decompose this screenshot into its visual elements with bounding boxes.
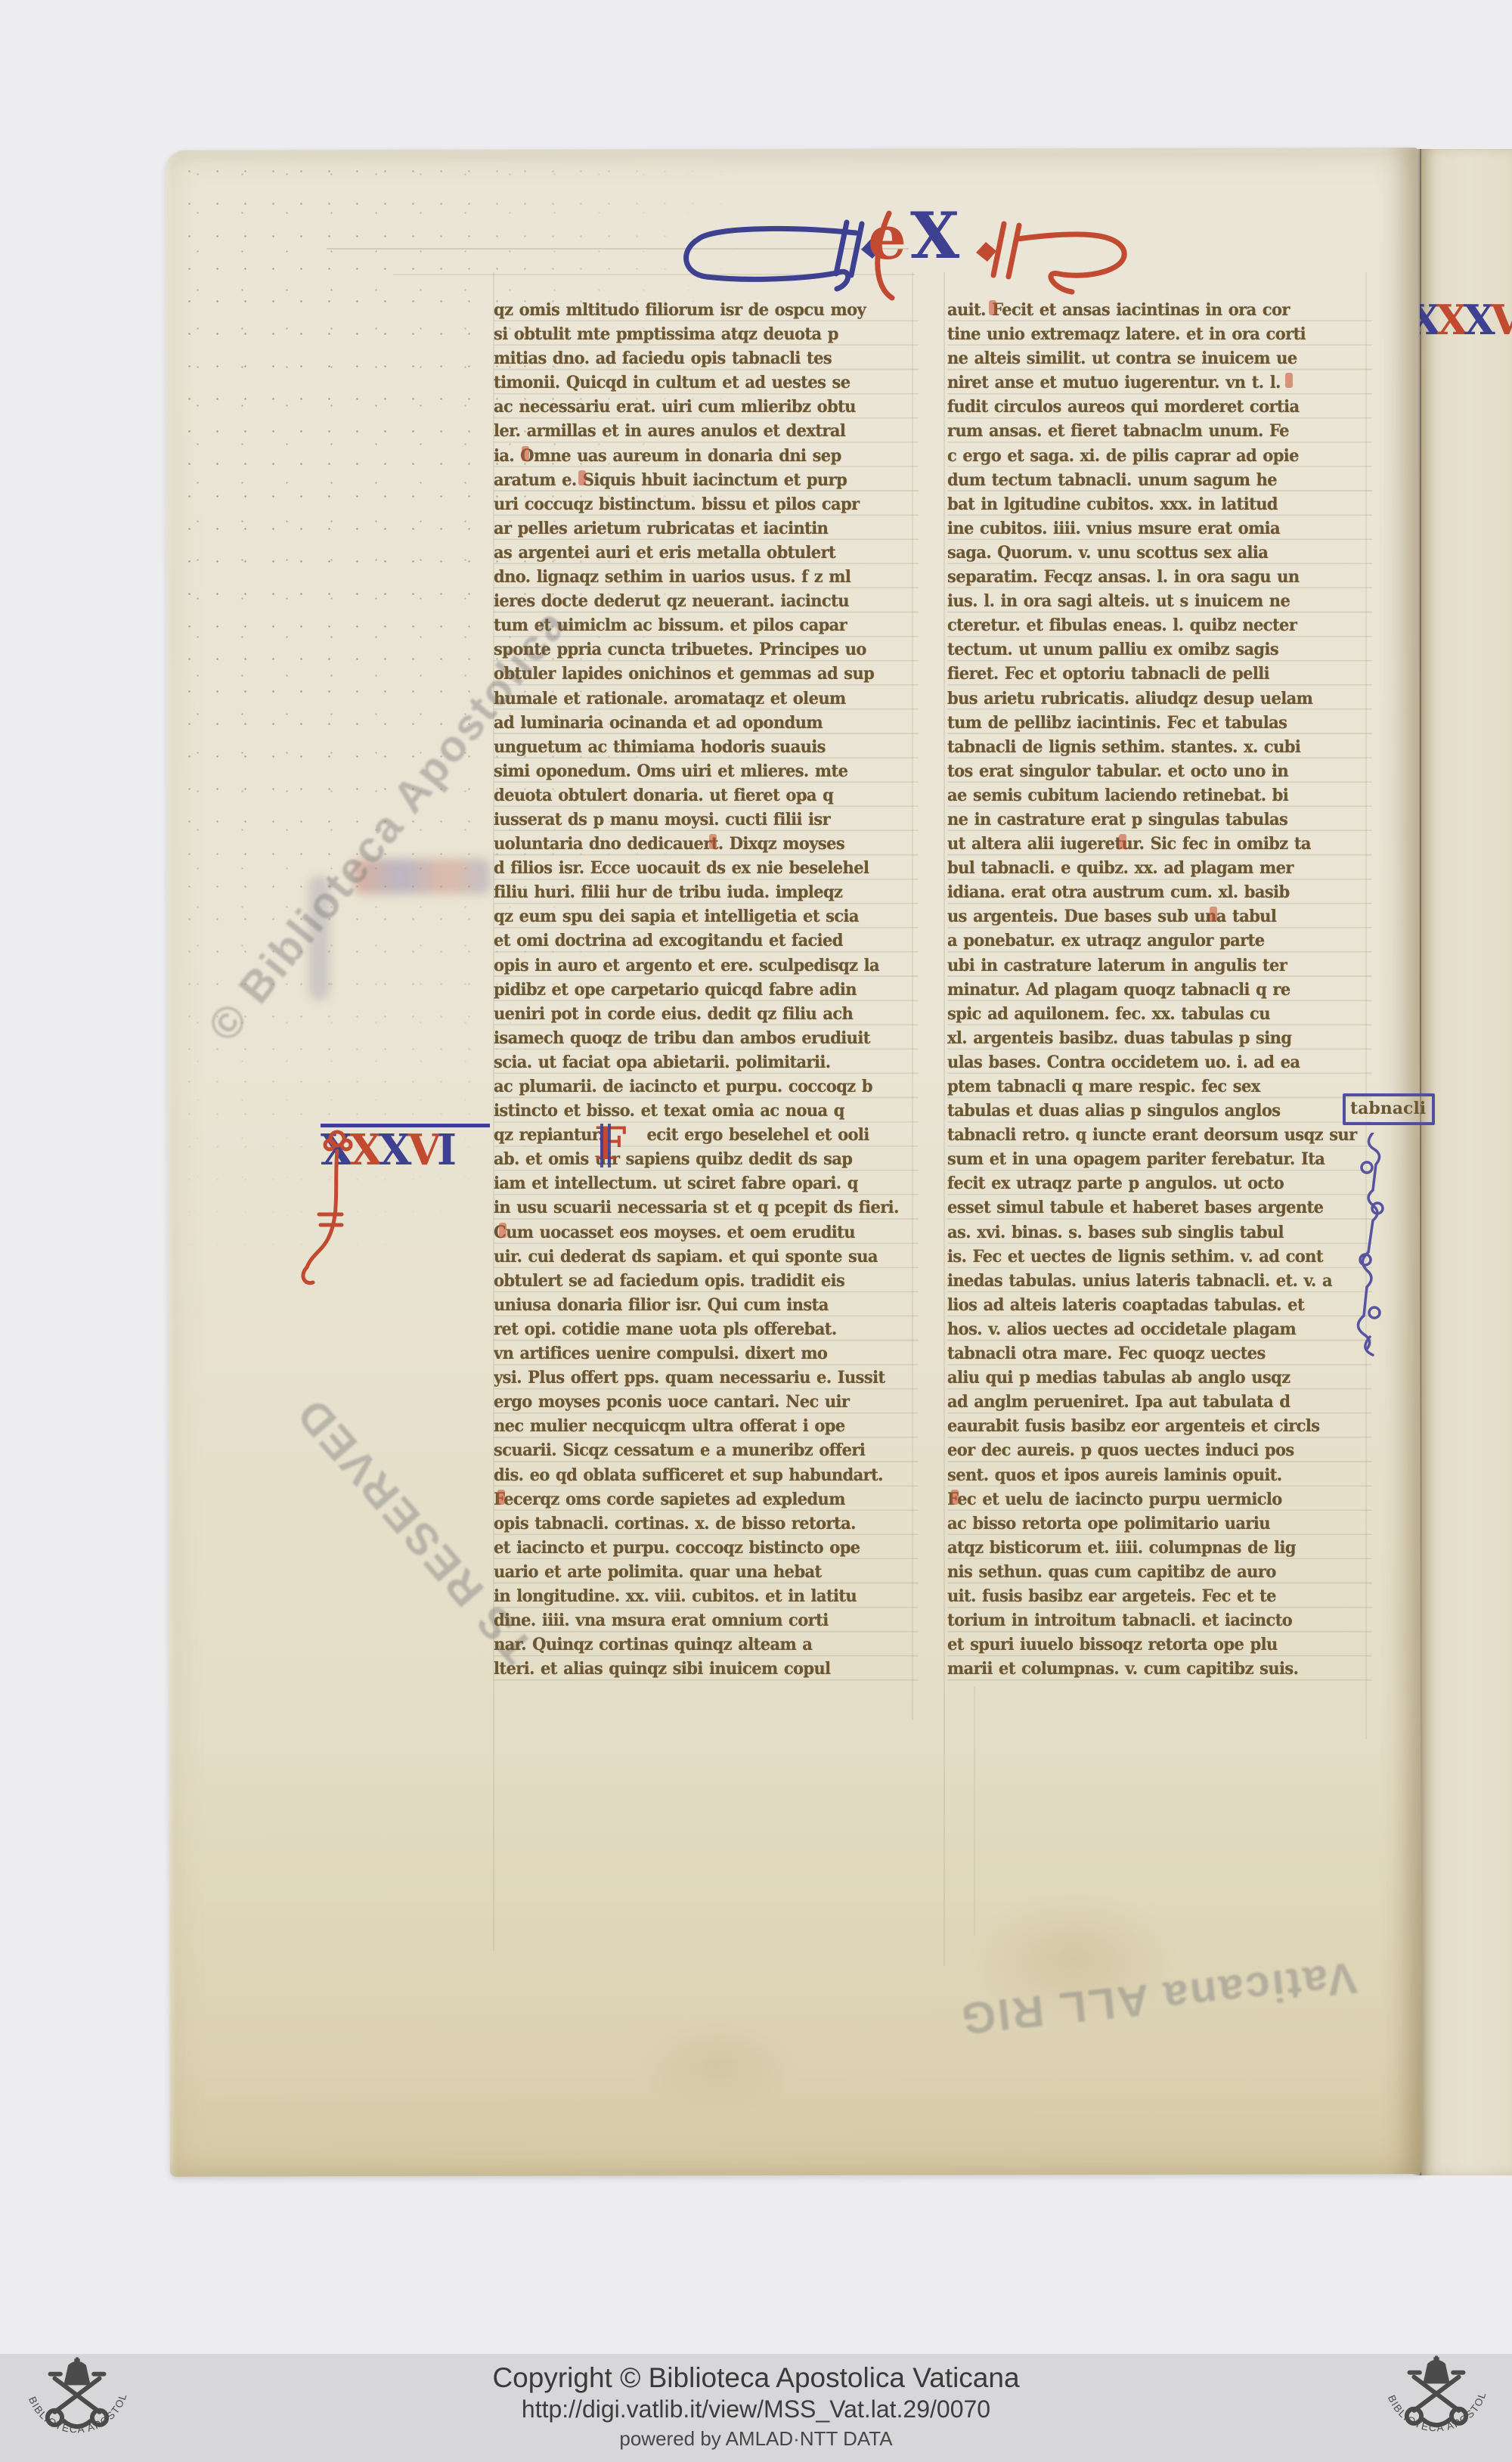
numeral-letter: I <box>437 1125 453 1175</box>
manuscript-text-line: dno. lignaqz sethim in uarios usus. f z … <box>494 564 919 590</box>
manuscript-text-line: fecit ex utraqz parte p angulos. ut octo <box>947 1171 1372 1196</box>
manuscript-text-line: scia. ut faciat opa abietarii. polimitar… <box>494 1050 919 1075</box>
manuscript-text-line: lios ad alteis lateris coaptadas tabulas… <box>947 1292 1372 1318</box>
manuscript-text-line: eor dec aureis. p quos uectes induci pos <box>947 1437 1372 1463</box>
manuscript-text-line: humale et rationale. aromataqz et oleum <box>494 686 919 712</box>
rubric-mark <box>497 1490 505 1505</box>
manuscript-text-line: obtuler lapides onichinos et gemmas ad s… <box>494 661 919 687</box>
manuscript-text-line: tum et uimiclm ac bissum. et pilos capar <box>494 612 919 638</box>
manuscript-column-1: qz omis mltitudo filiorum isr de ospcu m… <box>494 297 919 1687</box>
initial-stripe <box>608 1124 611 1167</box>
manuscript-text-line: filiu huri. filii hur de tribu iuda. imp… <box>494 879 919 905</box>
rubric-mark <box>1210 907 1217 922</box>
numeral-letter: V <box>407 1125 436 1175</box>
manuscript-text-line: in usu scuarii necessaria st et q pcepit… <box>494 1195 919 1220</box>
rubric-mark <box>709 834 717 849</box>
rubric-mark <box>1285 373 1293 388</box>
manuscript-text-line: ubi in castrature laterum in angulis ter <box>947 953 1372 978</box>
manuscript-text-line: tectum. ut unum palliu ex omibz sagis <box>947 637 1372 662</box>
fragment-letter: X <box>1420 298 1436 343</box>
manuscript-text-line: bul tabnacli. e quibz. xx. ad plagam mer <box>947 855 1372 881</box>
manuscript-text-line: uir. cui dederat ds sapiam. et qui spont… <box>494 1244 919 1270</box>
ruling-line <box>943 272 945 1966</box>
manuscript-text-line: aliu qui p medias tabulas ab anglo usqz <box>947 1365 1372 1391</box>
papal-tiara-icon <box>64 2357 90 2385</box>
manuscript-text-line: timonii. Quicqd in cultum et ad uestes s… <box>494 370 919 395</box>
manuscript-text-line: ne in castrature erat p singulas tabulas <box>947 807 1372 833</box>
manuscript-text-line: tabnacli de lignis sethim. stantes. x. c… <box>947 734 1372 760</box>
digitized-manuscript-viewer: XXXV © Biblioteca Apostolica TS RESERVED… <box>0 0 1512 2462</box>
manuscript-text-line: et omi doctrina ad excogitandu et facied <box>494 928 919 953</box>
manuscript-text-line: ae semis cubitum laciendo retinebat. bi <box>947 783 1372 808</box>
manuscript-text-line: nec mulier necquicqm ultra offerat i ope <box>494 1413 919 1439</box>
manuscript-text-line: qz repiantur. ecit ergo beselehel et ool… <box>494 1122 919 1148</box>
manuscript-text-line: ac necessariu erat. uiri cum mlieribz ob… <box>494 394 919 420</box>
manuscript-text-line: qz omis mltitudo filiorum isr de ospcu m… <box>494 297 919 323</box>
rubric-mark <box>578 470 586 485</box>
manuscript-text-line: ergo moyses pconis uoce cantari. Nec uir <box>494 1389 919 1415</box>
manuscript-text-line: tabulas et duas alias p singulos anglos <box>947 1098 1372 1124</box>
manuscript-text-line: minatur. Ad plagam quoqz tabnacli q re <box>947 977 1372 1003</box>
manuscript-text-line: ab. et omis uir sapiens quibz dedit ds s… <box>494 1146 919 1172</box>
manuscript-text-line: dum tectum tabnacli. unum sagum he <box>947 467 1372 493</box>
footer-powered-by: powered by AMLAD·NTT DATA <box>0 2427 1512 2451</box>
manuscript-text-line: dis. eo qd oblata sufficeret et sup habu… <box>494 1462 919 1488</box>
manuscript-text-line: ius. l. in ora sagi alteis. ut s inuicem… <box>947 588 1372 614</box>
manuscript-text-line: nis sethun. quas cum capitibz de auro <box>947 1559 1372 1585</box>
rubric-mark <box>989 300 996 315</box>
manuscript-text-line: rum ansas. et fieret tabnaclm unum. Fe <box>947 418 1372 444</box>
vatican-library-logo-left: BIBLIOTECA APOSTOLICA VATICANA <box>20 2356 135 2459</box>
manuscript-text-line: in longitudine. xx. viii. cubitos. et in… <box>494 1583 919 1609</box>
manuscript-text-line: qz eum spu dei sapia et intelligetia et … <box>494 904 919 929</box>
manuscript-text-line: sum et in una opagem pariter ferebatur. … <box>947 1146 1372 1172</box>
manuscript-text-line: obtulert se ad faciedum opis. tradidit e… <box>494 1268 919 1294</box>
manuscript-text-line: is. Fec et uectes de lignis sethim. v. a… <box>947 1244 1372 1270</box>
manuscript-text-line: opis tabnacli. cortinas. x. de bisso ret… <box>494 1511 919 1536</box>
chapter-initial: F <box>594 1121 629 1171</box>
manuscript-text-line: tabnacli retro. q iuncte erant deorsum u… <box>947 1122 1372 1148</box>
manuscript-text-line: atqz bisticorum et. iiii. columpnas de l… <box>947 1535 1372 1561</box>
manuscript-text-line: ad anglm perueniret. Ipa aut tabulata d <box>947 1389 1372 1415</box>
manuscript-text-line: iusserat ds p manu moysi. cucti filii is… <box>494 807 919 833</box>
chapter-numeral-flourish <box>293 1125 392 1299</box>
manuscript-text-line: ia. Omne uas aureum in donaria dni sep <box>494 443 919 469</box>
manuscript-text-line: ad luminaria ocinanda et ad opondum <box>494 710 919 736</box>
manuscript-text-line: et spuri iuuelo bissoqz retorta ope plu <box>947 1632 1372 1657</box>
manuscript-text-line: uario et arte polimita. quar una hebat <box>494 1559 919 1585</box>
manuscript-text-line: uniusa donaria filior isr. Qui cum insta <box>494 1292 919 1318</box>
manuscript-text-line: c ergo et saga. xi. de pilis caprar ad o… <box>947 443 1372 469</box>
manuscript-text-line: lteri. et alias quinqz sibi inuicem copu… <box>494 1656 919 1682</box>
manuscript-text-line: vn artifices uenire compulsi. dixert mo <box>494 1341 919 1366</box>
manuscript-text-line: bat in lgitudine cubitos. xxx. in latitu… <box>947 491 1372 517</box>
manuscript-text-line: si obtulit mte pmptissima atqz deuota p <box>494 321 919 347</box>
manuscript-text-line: sent. quos et ipos aureis laminis opuit. <box>947 1462 1372 1488</box>
rubric-mark <box>1119 834 1126 849</box>
manuscript-text-line: istincto et bisso. et texat omia ac noua… <box>494 1098 919 1124</box>
manuscript-text-line: unguetum ac thimiama hodoris suauis <box>494 734 919 760</box>
manuscript-text-line: ptem tabnacli q mare respic. fec sex <box>947 1074 1372 1099</box>
manuscript-text-line: fudit circulos aureos qui morderet corti… <box>947 394 1372 420</box>
manuscript-text-line: pidibz et ope carpetario quicqd fabre ad… <box>494 977 919 1003</box>
manuscript-text-line: cteretur. et fibulas eneas. l. quibz nec… <box>947 612 1372 638</box>
fragment-letter: X <box>1436 298 1464 343</box>
next-folio-edge <box>1420 149 1512 2175</box>
initial-stripe <box>600 1124 603 1167</box>
manuscript-text-line: ut altera alii iugeretur. Sic fec in omi… <box>947 831 1372 857</box>
margin-note-flourish <box>1347 1133 1400 1357</box>
margin-note: tabnacli <box>1343 1093 1435 1125</box>
manuscript-text-line: ler. armillas et in aures anulos et dext… <box>494 418 919 444</box>
manuscript-text-line: aratum e. Siquis hbuit iacinctum et purp <box>494 467 919 493</box>
stain <box>635 2011 801 2117</box>
manuscript-text-line: nar. Quinqz cortinas quinqz alteam a <box>494 1632 919 1657</box>
manuscript-text-line: xl. argenteis basibz. duas tabulas p sin… <box>947 1025 1372 1051</box>
manuscript-text-line: bus arietu rubricatis. aliudqz desup uel… <box>947 686 1372 712</box>
manuscript-text-line: esset simul tabule et haberet bases arge… <box>947 1195 1372 1220</box>
manuscript-text-line: niret anse et mutuo iugerentur. vn t. l. <box>947 370 1372 395</box>
manuscript-text-line: ret opi. cotidie mane uota pls offerebat… <box>494 1316 919 1342</box>
rubric-mark <box>951 1490 959 1505</box>
manuscript-text-line: inedas tabulas. unius lateris tabnacli. … <box>947 1268 1372 1294</box>
manuscript-text-line: ine cubitos. iiii. vnius msure erat omia <box>947 516 1372 541</box>
manuscript-text-line: auit. Fecit et ansas iacintinas in ora c… <box>947 297 1372 323</box>
manuscript-text-line: Fecerqz oms corde sapietes ad expledum <box>494 1487 919 1512</box>
manuscript-text-line: uit. fusis basibz ear argeteis. Fec et t… <box>947 1583 1372 1609</box>
fragment-letter: V <box>1491 298 1512 343</box>
manuscript-text-line: tum de pellibz iacintinis. Fec et tabula… <box>947 710 1372 736</box>
manuscript-text-line: ac bisso retorta ope polimitario uariu <box>947 1511 1372 1536</box>
manuscript-text-line: ne alteis similit. ut contra se inuicem … <box>947 346 1372 371</box>
manuscript-text-line: tabnacli otra mare. Fec quoqz uectes <box>947 1341 1372 1366</box>
running-title-letter: e <box>868 207 906 268</box>
manuscript-text-line: as. xvi. binas. s. bases sub singlis tab… <box>947 1220 1372 1245</box>
manuscript-text-line: ac plumarii. de iacincto et purpu. cocco… <box>494 1074 919 1099</box>
manuscript-text-line: tos erat singulor tabular. et octo uno i… <box>947 758 1372 784</box>
manuscript-text-line: as argentei auri et eris metalla obtuler… <box>494 540 919 566</box>
manuscript-text-line: uoluntaria dno dedicauert. Dixqz moyses <box>494 831 919 857</box>
manuscript-text-line: spic ad aquilonem. fec. xx. tabulas cu <box>947 1001 1372 1027</box>
manuscript-text-line: marii et columpnas. v. cum capitibz suis… <box>947 1656 1372 1682</box>
manuscript-text-line: et iacincto et purpu. coccoqz bistincto … <box>494 1535 919 1561</box>
footer-url: http://digi.vatlib.it/view/MSS_Vat.lat.2… <box>0 2395 1512 2423</box>
manuscript-text-line: torium in introitum tabnacli. et iacinct… <box>947 1608 1372 1633</box>
manuscript-text-line: d filios isr. Ecce uocauit ds ex nie bes… <box>494 855 919 881</box>
manuscript-text-line: eaurabit fusis basibz eor argenteis et c… <box>947 1413 1372 1439</box>
manuscript-text-line: mitias dno. ad faciedu opis tabnacli tes <box>494 346 919 371</box>
manuscript-text-line: ieres docte dederut qz neuerant. iacinct… <box>494 588 919 614</box>
manuscript-text-line: separatim. Fecqz ansas. l. in ora sagu u… <box>947 564 1372 590</box>
manuscript-text-line: ulas bases. Contra occidetem uo. i. ad e… <box>947 1050 1372 1075</box>
vatican-library-logo-right: BIBLIOTECA APOSTOLICA VATICANA <box>1379 2355 1494 2457</box>
manuscript-text-line: ar pelles arietum rubricatas et iacintin <box>494 516 919 541</box>
manuscript-text-line: hos. v. alios uectes ad occidetale plaga… <box>947 1316 1372 1342</box>
manuscript-text-line: saga. Quorum. v. unu scottus sex alia <box>947 540 1372 566</box>
manuscript-text-line: tine unio extremaqz latere. et in ora co… <box>947 321 1372 347</box>
ruling-line <box>974 1686 975 1936</box>
manuscript-text-line: deuota obtulert donaria. ut fieret opa q <box>494 783 919 808</box>
manuscript-text-line: uri coccuqz bistinctum. bissu et pilos c… <box>494 491 919 517</box>
manuscript-text-line: simi oponedum. Oms uiri et mlieres. mte <box>494 758 919 784</box>
manuscript-text-line: Cum uocasset eos moyses. et oem eruditu <box>494 1220 919 1245</box>
manuscript-text-line: isamech quoqz de tribu dan ambos erudiui… <box>494 1025 919 1051</box>
manuscript-text-line: ysi. Plus offert pps. quam necessariu e.… <box>494 1365 919 1391</box>
manuscript-text-line: idiana. erat otra austrum cum. xl. basib <box>947 879 1372 905</box>
manuscript-text-line: iam et intellectum. ut sciret fabre opar… <box>494 1171 919 1196</box>
manuscript-text-line: Fec et uelu de iacincto purpu uermiclo <box>947 1487 1372 1512</box>
next-folio-chapter-numeral-fragment: XXXV <box>1420 298 1512 343</box>
manuscript-text-line: opis in auro et argento et ere. sculpedi… <box>494 953 919 978</box>
running-title-letter: X <box>910 204 959 268</box>
manuscript-text-line: a ponebatur. ex utraqz angulor parte <box>947 928 1372 953</box>
margin-note-text: tabnacli <box>1350 1099 1426 1118</box>
manuscript-text-line: fieret. Fec et optoriu tabnacli de pelli <box>947 661 1372 687</box>
papal-tiara-icon <box>1423 2355 1449 2383</box>
manuscript-column-2: auit. Fecit et ansas iacintinas in ora c… <box>947 297 1372 1687</box>
rubric-mark <box>522 446 529 461</box>
rubric-mark <box>499 1223 507 1238</box>
footer-copyright: Copyright © Biblioteca Apostolica Vatica… <box>0 2362 1512 2394</box>
manuscript-text-line: ueniri pot in corde eius. dedit qz filiu… <box>494 1001 919 1027</box>
manuscript-text-line: us argenteis. Due bases sub una tabul <box>947 904 1372 929</box>
manuscript-text-line: dine. iiii. vna msura erat omnium corti <box>494 1608 919 1633</box>
manuscript-text-line: scuarii. Sicqz cessatum e a muneribz off… <box>494 1437 919 1463</box>
fragment-letter: X <box>1464 298 1491 343</box>
manuscript-text-line: sponte ppria cuncta tribuetes. Principes… <box>494 637 919 662</box>
